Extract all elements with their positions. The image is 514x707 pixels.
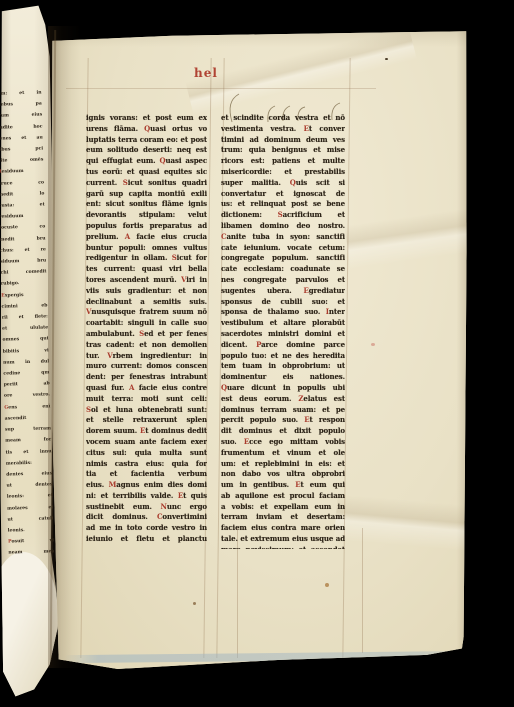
rubricated-initial: S	[139, 329, 144, 338]
text-line: sustinebit eum. Nunc ergo	[86, 502, 207, 513]
text-line: nes congregate parvulos et	[221, 275, 345, 286]
text-line: tale. et extremum eius usque ad	[221, 534, 345, 545]
text-line: dicent. Parce domine parce	[221, 340, 345, 351]
rubricated-initial: E	[244, 437, 249, 446]
text-column-left: ignis vorans: et post eum exurens flāma.…	[86, 113, 207, 549]
text-line: qui effugiat eum. Quasi aspec	[86, 156, 207, 167]
text-line: ent: sicut sonitus flāme ignis	[86, 199, 207, 210]
rubricated-initial: E	[304, 286, 309, 295]
bottom-edge-blue-tint	[64, 651, 484, 663]
text-line: tes current: quasi viri bella	[86, 264, 207, 275]
text-line: dit dominus et dixit populo	[221, 426, 345, 437]
rubricated-initial: I	[326, 307, 329, 316]
text-line: muro current: domos conscen	[86, 361, 207, 372]
rubricated-initial: A	[125, 232, 130, 241]
text-line: vocem suam ante faciem exer	[86, 437, 207, 448]
text-line: vestimenta vestra. Et conver	[221, 124, 345, 135]
text-line: dictionem: Sacrificium et	[221, 210, 345, 221]
text-line: et scindite corda vestra et nō	[221, 113, 345, 124]
text-line: locuste co	[0, 222, 45, 234]
text-line: tus eorū: et quasi equites sic	[86, 167, 207, 178]
text-line: redigentur in ollam. Sicut for	[86, 253, 207, 264]
text-line: ignis vorans: et post eum ex	[86, 113, 207, 124]
rubricated-initial: S	[278, 210, 283, 219]
text-line: Canite tuba in syon: sanctifi	[221, 232, 345, 243]
text-line: citus sui: quia multa sunt	[86, 448, 207, 459]
text-line: tis et innu	[5, 446, 51, 458]
text-line: misericordie: et prestabilis	[221, 167, 345, 178]
text-line: eius. Magnus enim dies domi	[86, 480, 207, 491]
text-line: declinabunt a semitis suis.	[86, 297, 207, 308]
text-line: suo. Ecce ego mittam vobis	[221, 437, 345, 448]
text-line: quasi fur. A facie eius contre	[86, 383, 207, 394]
rubricated-initial: S	[172, 253, 177, 262]
text-line: urens flāma. Quasi ortus vo	[86, 124, 207, 135]
text-line: cate ecclesiam: coadunate se	[221, 264, 345, 275]
text-line: non dabo vos ultra obprobri	[221, 469, 345, 480]
text-line: viis suis gradientur: et non	[86, 286, 207, 297]
text-line: ricors est: patiens et multe	[221, 156, 345, 167]
text-line: convertatur et ignoscat de	[221, 189, 345, 200]
running-header: hel	[194, 66, 218, 80]
rubricated-initial: E	[178, 491, 183, 500]
rubricated-initial: E	[140, 426, 145, 435]
text-line: timini ad dominum deum ves	[221, 135, 345, 146]
rubricated-initial: S	[123, 178, 128, 187]
rubricated-initial: E	[1, 293, 5, 298]
text-line: ieiunio et fletu et planctu	[86, 534, 207, 545]
text-line: devorantis stipulam: velut	[86, 210, 207, 221]
rubricated-initial: E	[304, 124, 309, 133]
text-line: frumentum et vinum et ole	[221, 448, 345, 459]
parchment-crease-right-upper	[339, 169, 483, 296]
text-line: sacerdotes ministri domini et	[221, 329, 345, 340]
rubricated-initial: R	[0, 170, 2, 175]
vertical-ruling-line-lower	[362, 528, 363, 653]
text-line: garū sup capita montiū exili	[86, 189, 207, 200]
brown-stain	[325, 583, 329, 587]
text-line: cate ieiunium. vocate cetum:	[221, 243, 345, 254]
text-column-right: et scindite corda vestra et nōvestimenta…	[221, 113, 345, 549]
text-line: omnes qui	[2, 334, 48, 346]
text-line: um in gentibus. Et eum qui	[221, 480, 345, 491]
text-line: sugentes ubera. Egrediatur	[221, 286, 345, 297]
text-line: super malitia. Quis scit si	[221, 178, 345, 189]
text-line: ut catuli	[7, 513, 53, 525]
text-line: Vnusquisque fratrem suum nō	[86, 307, 207, 318]
rubricated-initial: C	[157, 512, 162, 521]
rubricated-initial: M	[109, 480, 117, 489]
rubricated-initial: E	[295, 480, 300, 489]
text-line: custa: et	[0, 199, 45, 211]
text-line: tia et facientia verbum	[86, 469, 207, 480]
rubricated-initial: G	[4, 405, 8, 410]
rubricated-initial: Q	[290, 178, 296, 187]
rubricated-initial: V	[107, 351, 112, 360]
text-line: coartabit: singuli in calle suo	[86, 318, 207, 329]
text-line: ad me in toto corde vestro in	[86, 523, 207, 534]
text-line: us: et relinquat post se bene	[221, 199, 345, 210]
text-line: eum solitudo deserti: neq est	[86, 145, 207, 156]
text-line: faciem eius contra mare orien	[221, 523, 345, 534]
text-line: dorem suum. Et dominus dedit	[86, 426, 207, 437]
rubricated-initial: P	[256, 340, 261, 349]
rubricated-initial: E	[304, 415, 309, 424]
text-line: et stelle retraxerunt splen	[86, 415, 207, 426]
text-line: dominus terram suam: et pe	[221, 405, 345, 416]
text-line: tem tuam in obprobrium: ut	[221, 361, 345, 372]
rubricated-initial: N	[161, 502, 167, 511]
rubricated-initial: P	[8, 540, 11, 545]
brown-stain	[193, 602, 196, 605]
rubricated-initial: V	[86, 307, 91, 316]
rubricated-initial: Z	[298, 394, 303, 403]
text-line: dominentur eis nationes.	[221, 372, 345, 383]
text-line: molares ei	[7, 502, 53, 514]
text-line: dicit dominus. Convertimini	[86, 512, 207, 523]
text-line: ab aquilone est procul faciam	[221, 491, 345, 502]
text-line: Sol et luna obtenebrati sunt:	[86, 405, 207, 416]
text-line: congregate populum. sanctifi	[221, 253, 345, 264]
text-line: libamen domino deo nostro.	[221, 221, 345, 232]
rubricated-initial: S	[86, 405, 91, 414]
rubricated-initial: Q	[221, 383, 227, 392]
photograph-of-manuscript: { "scene": { "description_header": "hel"…	[0, 0, 514, 707]
text-line: nimis castra eius: quia for	[86, 459, 207, 470]
horizontal-ruling-line	[66, 88, 376, 89]
text-line: dent: per fenestras intrabunt	[86, 372, 207, 383]
text-line: tras cadent: et non demolien	[86, 340, 207, 351]
red-smudge	[371, 343, 375, 346]
text-line: muit terra: moti sunt celi:	[86, 394, 207, 405]
text-line: um: et replebimini in eis: et	[221, 459, 345, 470]
text-line: sponsa de thalamo suo. Inter	[221, 307, 345, 318]
text-line: tur. Vrbem ingredientur: in	[86, 351, 207, 362]
text-line: vestibulum et altare plorabūt	[221, 318, 345, 329]
text-line: populo tuo: et ne des heredita	[221, 351, 345, 362]
text-line: populus fortis preparatus ad	[86, 221, 207, 232]
rubricated-initial: C	[221, 232, 226, 241]
text-line: ni: et terribilis valde. Et quis	[86, 491, 207, 502]
ink-speck	[385, 58, 388, 60]
text-line: a vobis: et expellam eum in	[221, 502, 345, 513]
text-line: neam meā	[8, 547, 54, 559]
text-line: trum eius	[0, 110, 42, 122]
text-line: leonis: et	[7, 491, 53, 503]
text-line: terram inviam et desertam:	[221, 512, 345, 523]
text-line: ore vestro.	[4, 390, 50, 402]
text-line: buntur populi: omnes vultus	[86, 243, 207, 254]
parchment-crease-right-lower	[332, 462, 480, 574]
text-line: pite omēs	[0, 155, 44, 167]
rubricated-initial: Q	[160, 156, 166, 165]
text-line: est deus eorum. Zelatus est	[221, 394, 345, 405]
text-line: Quare dicunt in populis ubi	[221, 383, 345, 394]
manuscript-page: hel ignis vorans: et post eum exurens fl…	[46, 28, 467, 669]
text-line: prelium. A facie eius crucia	[86, 232, 207, 243]
text-line: Gens enī	[4, 401, 50, 413]
text-line: trum: quia benignus et mise	[221, 145, 345, 156]
rubricated-initial: A	[129, 383, 134, 392]
text-line: mare novissimum: et ascendet	[221, 545, 345, 549]
text-line: sponsus de cubili suo: et	[221, 297, 345, 308]
rubricated-initial: V	[181, 275, 186, 284]
text-line: meam for	[5, 435, 51, 447]
text-line: luptatis terra coram eo: et post	[86, 135, 207, 146]
text-line: current. Sicut sonitus quadri	[86, 178, 207, 189]
text-line: percit populo suo. Et respon	[221, 415, 345, 426]
rubricated-initial: Q	[144, 124, 150, 133]
text-line: ambulabunt. Sed et per fenes	[86, 329, 207, 340]
text-line: tores ascendent murū. Viri in	[86, 275, 207, 286]
text-line: chi comedit	[0, 267, 46, 279]
